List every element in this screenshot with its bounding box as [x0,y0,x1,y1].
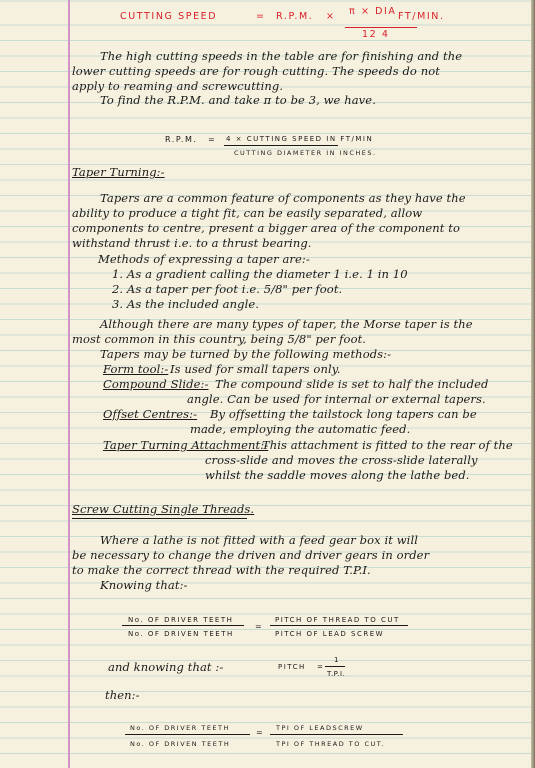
method-desc: By offsetting the tailstock long tapers … [210,407,477,421]
then-label: then:- [105,688,140,702]
taper-turning-heading: Taper Turning:- [72,165,165,179]
taper-para-line: withstand thrust i.e. to a thrust bearin… [72,236,312,250]
method-item: 3. As the included angle. [112,297,259,311]
method-label-form-tool: Form tool:- [103,362,168,376]
heading-underline [72,518,247,519]
morse-line: most common in this country, being 5/8" … [72,332,366,346]
formula-numerator: π × DIA [349,6,397,17]
turned-by-line: Tapers may be turned by the following me… [100,347,391,361]
method-item: 1. As a gradient calling the diameter 1 … [112,267,408,281]
formula-lhs: CUTTING SPEED [120,11,217,22]
num-left: No. OF DRIVER TEETH [128,616,233,624]
den-right: TPI OF THREAD TO CUT. [276,740,385,748]
screw-para-line: be necessary to change the driven and dr… [72,548,429,562]
num-left: No. OF DRIVER TEETH [130,724,230,732]
method-desc: made, employing the automatic feed. [190,422,410,436]
pitch-eq: = [317,663,324,671]
page-edge [531,0,535,768]
method-desc: whilst the saddle moves along the lathe … [205,468,470,482]
taper-para-line: Tapers are a common feature of component… [100,191,466,205]
fraction-bar [122,625,244,626]
method-desc: cross-slide and moves the cross-slide la… [205,453,478,467]
pitch-den: T.P.I. [327,670,345,678]
knowing-that: Knowing that:- [100,578,188,592]
notebook-page: CUTTING SPEED = R.P.M. × π × DIA 12 4 FT… [0,0,535,768]
den-left: No. OF DRIVEN TEETH [130,740,230,748]
margin-line [68,0,70,768]
method-desc: angle. Can be used for internal or exter… [187,392,486,406]
taper-para-line: ability to produce a tight fit, can be e… [72,206,422,220]
num-right: TPI OF LEADSCREW [276,724,364,732]
fraction-bar [270,734,403,735]
taper-para-line: components to centre, present a bigger a… [72,221,460,235]
method-label-compound-slide: Compound Slide:- [103,377,209,391]
formula-units: FT/MIN. [398,11,445,22]
intro-line: lower cutting speeds are for rough cutti… [72,64,440,78]
method-label-offset-centres: Offset Centres:- [103,407,197,421]
eq: = [256,728,264,737]
rpm-eq: = [208,135,216,144]
screw-para-line: to make the correct thread with the requ… [72,563,371,577]
morse-line: Although there are many types of taper, … [100,317,473,331]
num-right: PITCH OF THREAD TO CUT [275,616,400,624]
pitch-num: 1 [334,656,340,664]
fraction-bar [270,625,408,626]
screw-para-line: Where a lathe is not fitted with a feed … [100,533,418,547]
methods-intro: Methods of expressing a taper are:- [98,252,310,266]
formula-denominator: 12 4 [362,29,390,40]
method-item: 2. As a taper per foot i.e. 5/8" per foo… [112,282,342,296]
screw-cutting-heading: Screw Cutting Single Threads. [72,502,254,516]
method-desc: Is used for small tapers only. [170,362,341,376]
den-right: PITCH OF LEAD SCREW [275,630,384,638]
and-knowing-that: and knowing that :- [108,660,223,674]
rpm-lhs: R.P.M. [165,135,197,144]
fraction-bar [224,145,338,146]
intro-line: To find the R.P.M. and take π to be 3, w… [100,93,376,107]
fraction-bar [125,734,250,735]
pitch-lhs: PITCH [278,663,306,671]
eq: = [255,622,263,631]
formula-times: × [326,11,336,22]
rpm-numerator: 4 × CUTTING SPEED IN FT/MIN [226,135,373,143]
rpm-denominator: CUTTING DIAMETER IN INCHES. [234,149,377,157]
method-desc: The compound slide is set to half the in… [215,377,489,391]
den-left: No. OF DRIVEN TEETH [128,630,234,638]
intro-line: The high cutting speeds in the table are… [100,49,462,63]
method-label-taper-attachment: Taper Turning Attachment:- [103,438,268,452]
method-desc: This attachment is fitted to the rear of… [262,438,513,452]
formula-eq: = [256,11,266,22]
intro-line: apply to reaming and screwcutting. [72,79,283,93]
fraction-bar [325,666,345,667]
formula-rpm: R.P.M. [276,11,313,22]
